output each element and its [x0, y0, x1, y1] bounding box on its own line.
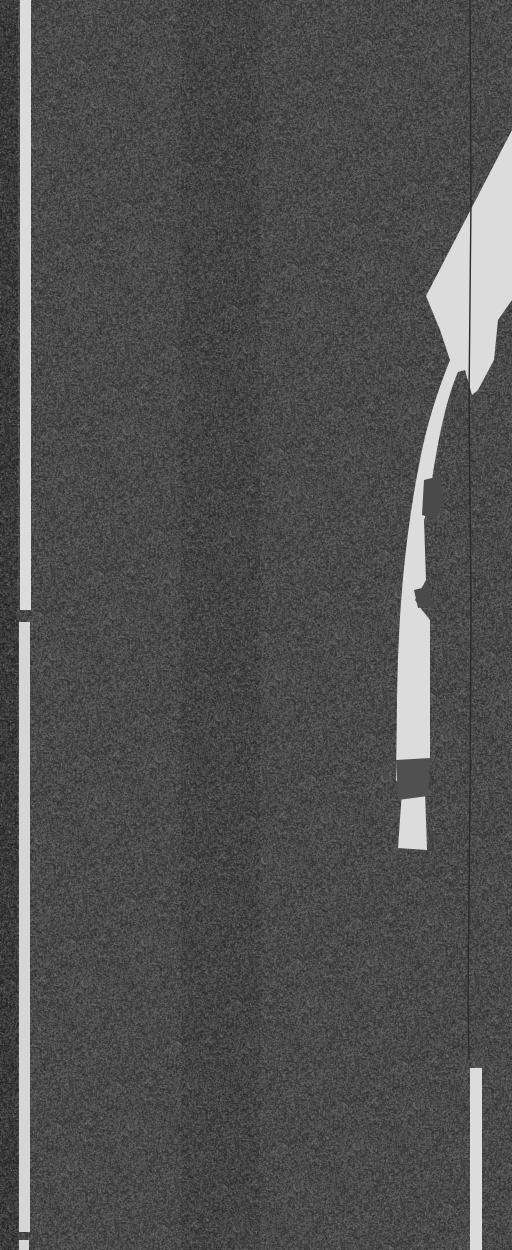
road-markings: [0, 0, 512, 1250]
left-edge-line-bottom: [19, 1240, 29, 1250]
left-edge-line: [20, 0, 31, 610]
worn-patch: [422, 476, 444, 520]
crack-line: [468, 0, 471, 1060]
road-surface-image: [0, 0, 512, 1250]
left-edge-line-lower: [19, 622, 30, 1232]
worn-patch: [396, 758, 430, 800]
right-lane-dash: [470, 1068, 482, 1250]
turn-arrow: [396, 130, 512, 850]
